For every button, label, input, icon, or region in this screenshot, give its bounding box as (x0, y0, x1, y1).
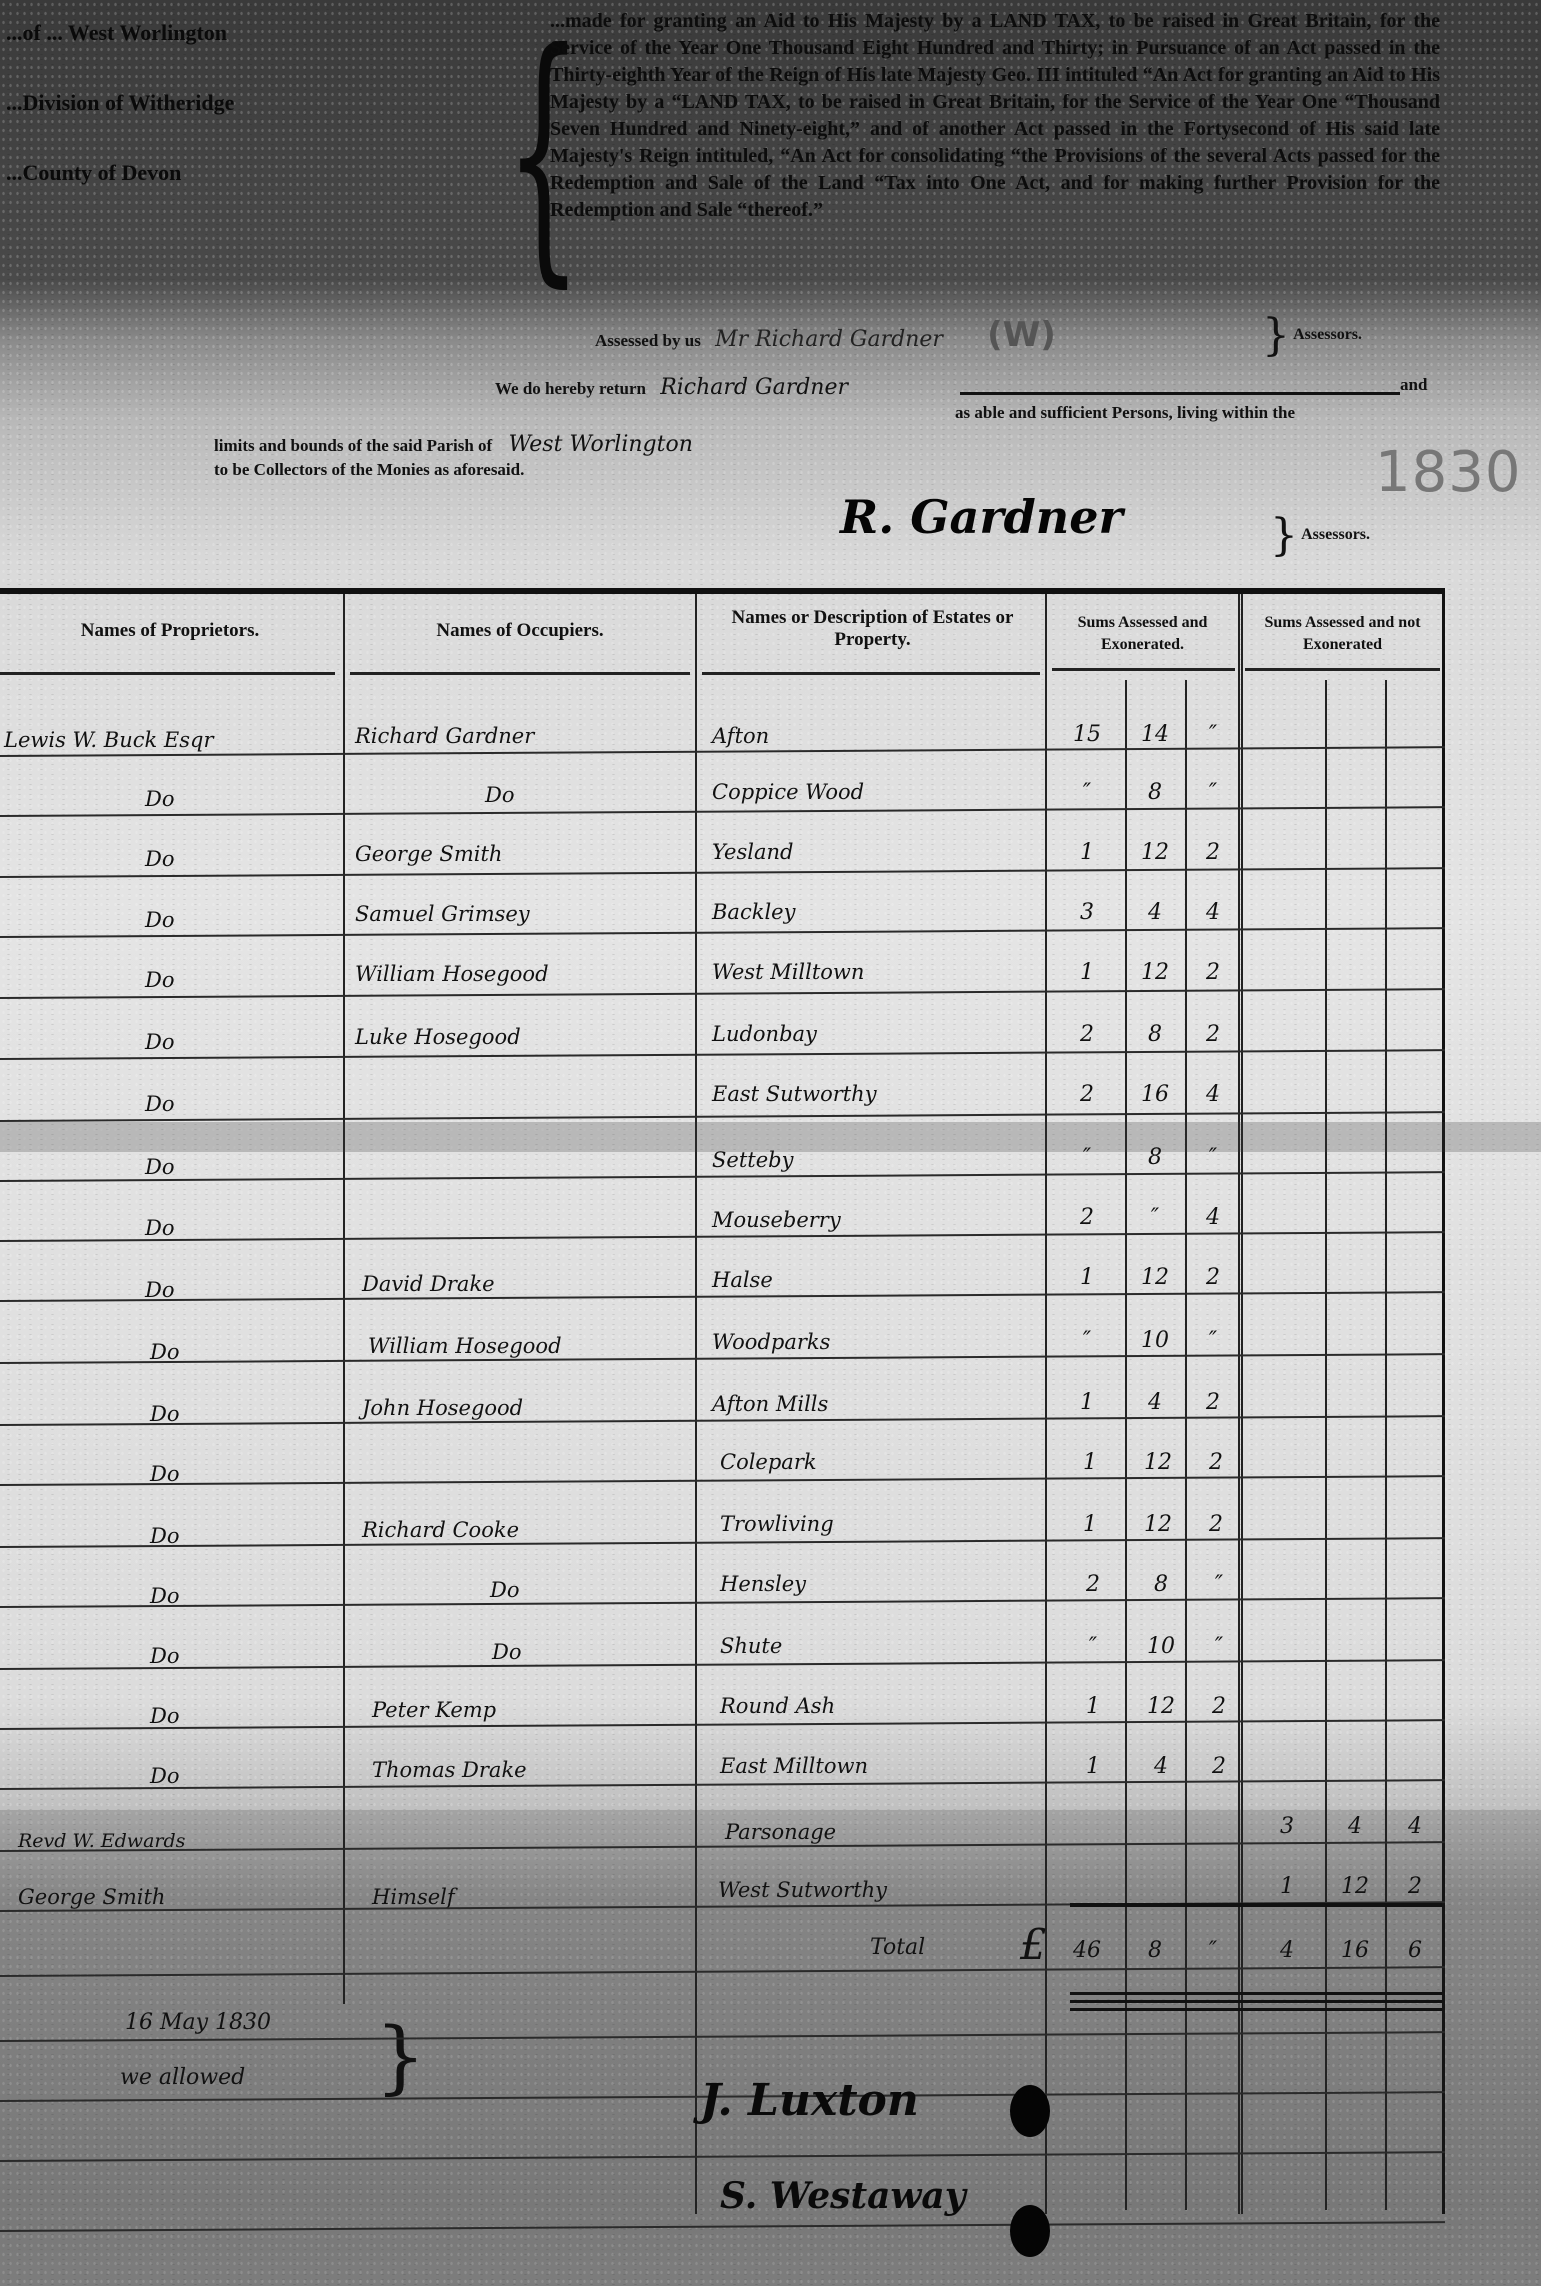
occupier-cell: Do (492, 1640, 521, 1664)
row-rule (0, 1659, 1445, 1670)
row-rule (0, 1537, 1445, 1548)
pounds: 1 (1065, 1512, 1115, 1537)
occupier-cell: Richard Cooke (362, 1518, 519, 1542)
shillings: 4 (1136, 1754, 1186, 1779)
pounds: 15 (1062, 722, 1112, 747)
brace-icon: } (375, 2010, 426, 2103)
year-annotation: 1830 (1375, 440, 1522, 505)
property-cell: Round Ash (720, 1694, 835, 1718)
pounds: 2 (1068, 1572, 1118, 1597)
pence: 4 (1390, 1814, 1440, 1839)
total-label: Total (870, 1935, 925, 1960)
pence: 4 (1188, 1205, 1238, 1230)
return-line: We do hereby return Richard Gardner (495, 375, 848, 400)
header-exonerated: Sums Assessed and Exonerated. (1050, 612, 1235, 656)
occupier-cell: Luke Hosegood (355, 1025, 521, 1049)
row-rule (0, 1597, 1445, 1608)
pounds: 3 (1262, 1814, 1312, 1839)
property-cell: East Milltown (720, 1754, 868, 1778)
property-cell: Hensley (720, 1572, 806, 1596)
occupier-cell: Peter Kemp (372, 1698, 496, 1722)
pence: 2 (1191, 1450, 1241, 1475)
pence: 2 (1188, 1390, 1238, 1415)
proprietor-cell: Do (145, 847, 174, 871)
property-cell: Backley (712, 900, 795, 924)
proprietor-cell: Lewis W. Buck Esqr (4, 728, 214, 752)
district-labels: ...of ... West Worlington ...Division of… (0, 20, 420, 230)
occupier-cell: Thomas Drake (372, 1758, 527, 1782)
pence: 4 (1188, 900, 1238, 925)
shillings: 4 (1130, 900, 1180, 925)
limits-line: limits and bounds of the said Parish of … (214, 432, 693, 457)
division-label: ...Division of Witheridge (0, 90, 420, 160)
row-rule (0, 988, 1445, 999)
row-rule (0, 1415, 1445, 1426)
assessor-signature: R. Gardner (840, 490, 1123, 544)
limits-text: limits and bounds of the said Parish of (214, 436, 492, 455)
occupier-cell: Richard Gardner (355, 724, 534, 748)
return-and: and (1400, 375, 1427, 395)
pence: 2 (1390, 1874, 1440, 1899)
occupier-cell: Samuel Grimsey (355, 902, 530, 926)
pence: 2 (1188, 840, 1238, 865)
pence: 2 (1188, 960, 1238, 985)
property-cell: Colepark (720, 1450, 817, 1474)
shillings: 4 (1130, 1390, 1180, 1415)
brace-icon: } (1262, 310, 1290, 361)
occupier-cell: George Smith (355, 842, 502, 866)
header-rule (0, 672, 335, 675)
occupier-cell: Do (485, 783, 514, 807)
row-rule (0, 1171, 1445, 1182)
shillings: 8 (1130, 1022, 1180, 1047)
property-cell: Yesland (712, 840, 793, 864)
table-top-rule (0, 588, 1445, 594)
pounds: ″ (1068, 1634, 1118, 1659)
shillings: 12 (1130, 1265, 1180, 1290)
return-rule (960, 392, 1400, 395)
header-rule (1245, 668, 1440, 671)
total-not-exon-shillings: 16 (1330, 1938, 1380, 1963)
proprietor-cell: Do (145, 1216, 174, 1240)
pounds: 1 (1068, 1694, 1118, 1719)
header-rule (1052, 668, 1235, 671)
shillings: ″ (1130, 1205, 1180, 1230)
property-cell: West Sutworthy (718, 1878, 887, 1902)
proprietor-cell: George Smith (18, 1885, 165, 1909)
row-rule (0, 1475, 1445, 1486)
proprietor-cell: Do (145, 1155, 174, 1179)
pounds: 2 (1062, 1205, 1112, 1230)
collectors-text: to be Collectors of the Monies as afores… (214, 460, 524, 480)
total-double-rule (1070, 1992, 1442, 1995)
proprietor-cell: Do (145, 1092, 174, 1116)
total-double-rule (1070, 2008, 1442, 2011)
total-exon-shillings: 8 (1130, 1938, 1180, 1963)
shillings: 12 (1330, 1874, 1380, 1899)
pence: ″ (1188, 1328, 1238, 1353)
commissioner-signature-1: J. Luxton (700, 2075, 919, 2126)
total-not-exon-pence: 6 (1390, 1938, 1440, 1963)
property-cell: Ludonbay (712, 1022, 817, 1046)
wax-seal-icon (1010, 2085, 1050, 2137)
occupier-cell: Do (490, 1578, 519, 1602)
proprietor-cell: Do (150, 1764, 179, 1788)
proprietor-cell: Do (150, 1704, 179, 1728)
header-proprietors: Names of Proprietors. (20, 620, 320, 642)
pence: 2 (1191, 1512, 1241, 1537)
row-rule (0, 1111, 1445, 1122)
row-rule (0, 1231, 1445, 1242)
assessed-by-name: Mr Richard Gardner (715, 327, 943, 352)
pounds: 1 (1062, 1390, 1112, 1415)
total-exon-pence: ″ (1188, 1938, 1238, 1963)
commissioner-signature-2: S. Westaway (720, 2175, 966, 2217)
pounds: 1 (1068, 1754, 1118, 1779)
total-double-rule (1070, 2000, 1442, 2003)
pounds: 1 (1065, 1450, 1115, 1475)
pounds: 1 (1062, 840, 1112, 865)
pounds: 1 (1262, 1874, 1312, 1899)
header-occupiers: Names of Occupiers. (350, 620, 690, 642)
pound-sign-icon: £ (1020, 1920, 1047, 1969)
sum-rule (1070, 1903, 1442, 1907)
shillings: 16 (1130, 1082, 1180, 1107)
property-cell: Mouseberry (712, 1208, 841, 1232)
header-not-exonerated: Sums Assessed and not Exonerated (1245, 612, 1440, 656)
property-cell: West Milltown (712, 960, 864, 984)
shillings: 8 (1130, 1145, 1180, 1170)
pounds: ″ (1062, 1328, 1112, 1353)
property-cell: Setteby (712, 1148, 793, 1172)
allowed-note: we allowed (120, 2065, 245, 2090)
pence: 4 (1188, 1082, 1238, 1107)
row-rule (0, 1719, 1445, 1730)
pence: 2 (1188, 1022, 1238, 1047)
occupier-cell: Himself (372, 1885, 455, 1909)
row-rule (0, 867, 1445, 878)
proprietor-cell: Do (145, 968, 174, 992)
total-exon-pounds: 46 (1062, 1938, 1112, 1963)
property-cell: Afton Mills (712, 1392, 828, 1416)
property-cell: Halse (712, 1268, 773, 1292)
pounds: 2 (1062, 1022, 1112, 1047)
proprietor-cell: Do (150, 1644, 179, 1668)
pounds: 2 (1062, 1082, 1112, 1107)
property-cell: Coppice Wood (712, 780, 864, 804)
county-label: ...County of Devon (0, 160, 420, 230)
pounds: 1 (1062, 1265, 1112, 1290)
return-label: We do hereby return (495, 379, 646, 398)
pence: ″ (1188, 1145, 1238, 1170)
brace-icon: } (1270, 510, 1298, 561)
pence: 2 (1194, 1694, 1244, 1719)
property-cell: Parsonage (725, 1820, 836, 1844)
pencil-annotation: (W) (987, 315, 1056, 355)
occupier-cell: William Hosegood (355, 962, 549, 986)
assessed-by-line: Assessed by us Mr Richard Gardner (W) (595, 315, 1056, 355)
pounds: 3 (1062, 900, 1112, 925)
pence: ″ (1188, 780, 1238, 805)
row-rule (0, 1049, 1445, 1060)
header-rule (350, 672, 690, 675)
occupier-cell: William Hosegood (368, 1334, 562, 1358)
able-persons-text: as able and sufficient Persons, living w… (955, 403, 1295, 423)
pounds: ″ (1062, 1145, 1112, 1170)
row-rule (0, 1353, 1445, 1364)
property-cell: Trowliving (720, 1512, 834, 1536)
property-cell: Shute (720, 1634, 782, 1658)
row-rule (0, 1291, 1445, 1302)
shillings: 10 (1130, 1328, 1180, 1353)
shillings: 12 (1133, 1450, 1183, 1475)
assessors-label-top: } Assessors. (1262, 310, 1362, 361)
shillings: 12 (1136, 1694, 1186, 1719)
pounds: 1 (1062, 960, 1112, 985)
shillings: 12 (1133, 1512, 1183, 1537)
assessors-label-bottom: } Assessors. (1270, 510, 1370, 561)
pence: 2 (1188, 1265, 1238, 1290)
wax-seal-icon (1010, 2205, 1050, 2257)
pence: ″ (1194, 1572, 1244, 1597)
shillings: 10 (1136, 1634, 1186, 1659)
shillings: 14 (1130, 722, 1180, 747)
collector-name: Richard Gardner (660, 375, 848, 400)
total-not-exon-pounds: 4 (1262, 1938, 1312, 1963)
occupier-cell: John Hosegood (362, 1396, 523, 1420)
act-preamble: ...made for granting an Aid to His Majes… (550, 8, 1440, 224)
property-cell: Woodparks (712, 1330, 830, 1354)
shillings: 8 (1136, 1572, 1186, 1597)
shillings: 8 (1130, 780, 1180, 805)
row-rule (0, 806, 1445, 817)
assessed-by-label: Assessed by us (595, 331, 701, 350)
proprietor-cell: Do (145, 1030, 174, 1054)
proprietor-cell: Do (145, 908, 174, 932)
pence: ″ (1188, 722, 1238, 747)
land-tax-document: ...of ... West Worlington ...Division of… (0, 0, 1541, 2286)
occupier-cell: David Drake (362, 1272, 495, 1296)
proprietor-cell: Do (145, 787, 174, 811)
parish-name: West Worlington (508, 432, 692, 457)
pence: ″ (1194, 1634, 1244, 1659)
property-cell: Afton (712, 724, 769, 748)
row-rule (0, 927, 1445, 938)
date-note: 16 May 1830 (125, 2010, 271, 2035)
pounds: ″ (1062, 780, 1112, 805)
pence: 2 (1194, 1754, 1244, 1779)
property-cell: East Sutworthy (712, 1082, 877, 1106)
shillings: 12 (1130, 840, 1180, 865)
header-property: Names or Description of Estates or Prope… (705, 607, 1040, 651)
shillings: 12 (1130, 960, 1180, 985)
header-rule (702, 672, 1040, 675)
parish-label: ...of ... West Worlington (0, 20, 420, 90)
shillings: 4 (1330, 1814, 1380, 1839)
row-rule (0, 1779, 1445, 1790)
